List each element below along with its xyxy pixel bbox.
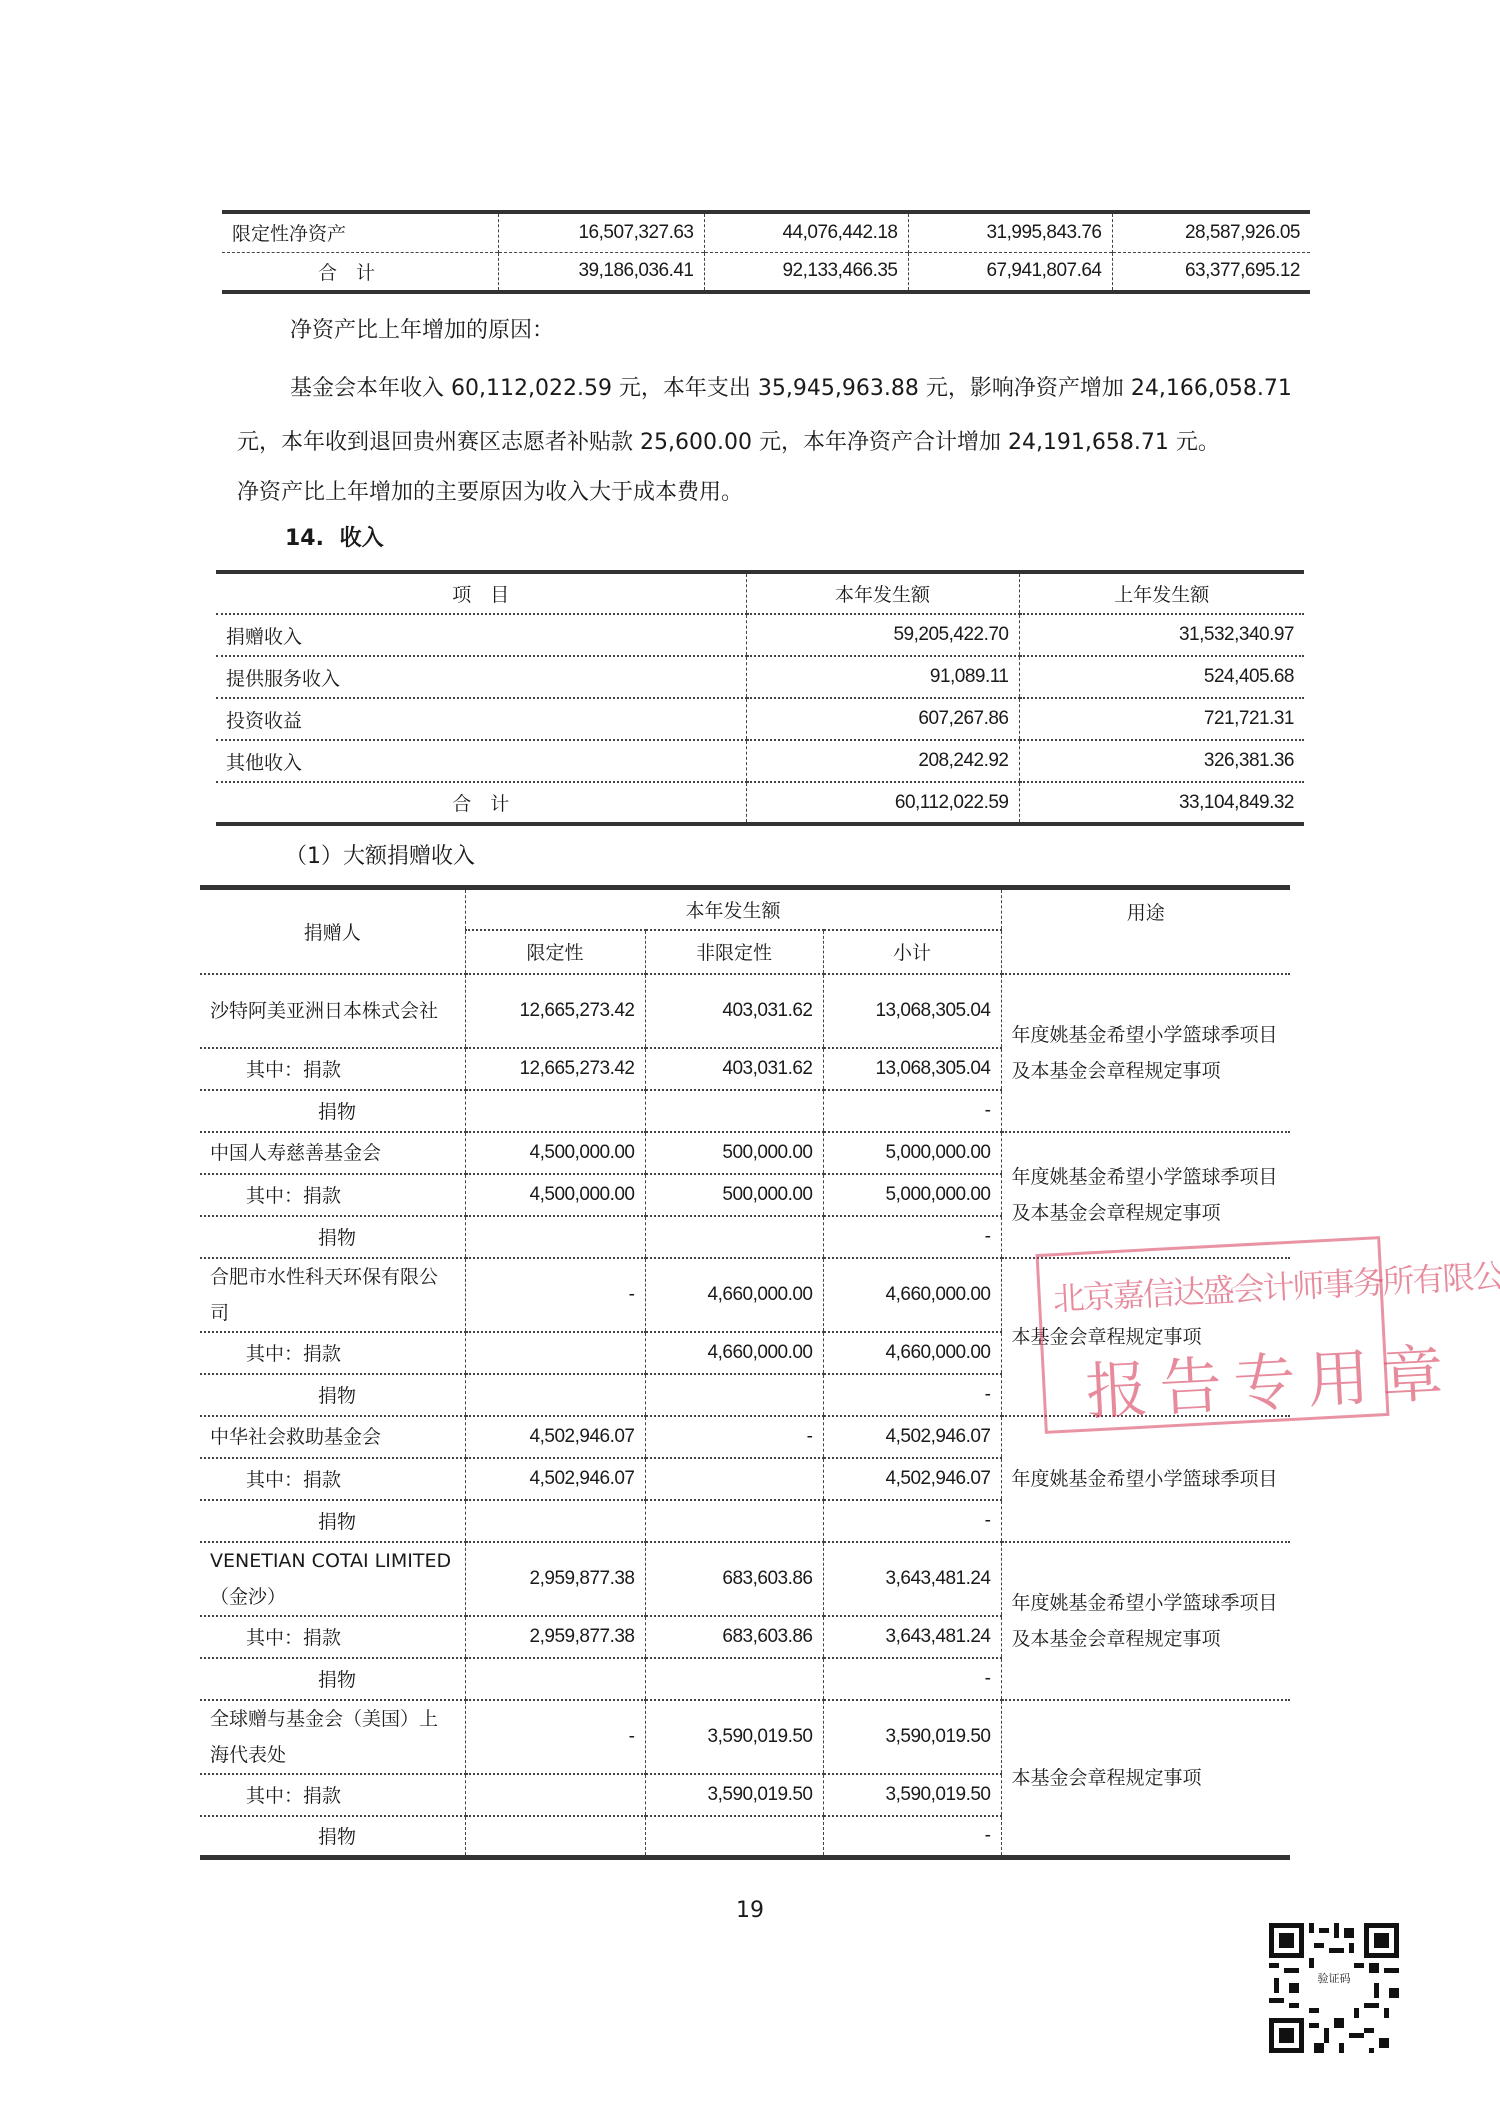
explanation-heading: 净资产比上年增加的原因： [290,316,554,346]
table-row: 限定性净资产 16,507,327.63 44,076,442.18 31,99… [222,212,1310,252]
explanation-line-2: 元，本年收到退回贵州赛区志愿者补贴款 25,600.00 元，本年净资产合计增加… [237,428,1220,458]
cell-subtotal: 3,590,019.50 [823,1774,1001,1816]
cell-previous: 31,532,340.97 [1019,614,1304,656]
donor-name: 中华社会救助基金会 [200,1416,465,1458]
donor-name: 中国人寿慈善基金会 [200,1132,465,1174]
table-row-total: 合 计 60,112,022.59 33,104,849.32 [216,782,1304,824]
sub-label-cash: 其中：捐款 [200,1774,465,1816]
cell-unrestricted: 3,590,019.50 [645,1774,823,1816]
cell-subtotal: 13,068,305.04 [823,974,1001,1048]
cell-unrestricted: 683,603.86 [645,1542,823,1616]
cell-value: 92,133,466.35 [704,252,908,292]
cell-restricted [465,1658,645,1700]
cell-current: 208,242.92 [746,740,1019,782]
cell-unrestricted [645,1374,823,1416]
cell-restricted [465,1500,645,1542]
table-row-total: 合 计 39,186,036.41 92,133,466.35 67,941,8… [222,252,1310,292]
income-table: 项 目 本年发生额 上年发生额 捐赠收入 59,205,422.70 31,53… [216,570,1304,826]
row-label: 其他收入 [216,740,746,782]
cell-value: 44,076,442.18 [704,212,908,252]
cell-value: 67,941,807.64 [908,252,1112,292]
cell-current: 607,267.86 [746,698,1019,740]
cell-value: 63,377,695.12 [1112,252,1310,292]
column-header-donor: 捐赠人 [200,888,465,974]
donor-name: 沙特阿美亚洲日本株式会社 [200,974,465,1048]
explanation-line-3: 净资产比上年增加的主要原因为收入大于成本费用。 [237,478,743,508]
cell-subtotal: - [823,1090,1001,1132]
row-label: 合 计 [216,782,746,824]
cell-restricted [465,1216,645,1258]
sub-label-cash: 其中：捐款 [200,1616,465,1658]
stamp-firm-name: 北京嘉信达盛会计师事务所有限公司 [1052,1249,1500,1320]
row-label: 投资收益 [216,698,746,740]
sub-label-cash: 其中：捐款 [200,1048,465,1090]
cell-usage: 年度姚基金希望小学篮球季项目及本基金会章程规定事项 [1001,974,1290,1132]
cell-restricted: - [465,1258,645,1332]
cell-subtotal: 4,502,946.07 [823,1416,1001,1458]
table-row: 提供服务收入 91,089.11 524,405.68 [216,656,1304,698]
cell-previous: 721,721.31 [1019,698,1304,740]
column-header-current: 本年发生额 [746,572,1019,614]
cell-subtotal: - [823,1374,1001,1416]
cell-subtotal: 5,000,000.00 [823,1132,1001,1174]
cell-restricted [465,1374,645,1416]
cell-unrestricted: 4,660,000.00 [645,1332,823,1374]
cell-subtotal: 13,068,305.04 [823,1048,1001,1090]
sub-label-goods: 捐物 [200,1658,465,1700]
cell-current: 60,112,022.59 [746,782,1019,824]
cell-unrestricted [645,1216,823,1258]
row-label: 提供服务收入 [216,656,746,698]
sub-label-cash: 其中：捐款 [200,1458,465,1500]
section-title: 收入 [340,526,384,551]
sub-label-cash: 其中：捐款 [200,1174,465,1216]
cell-value: 39,186,036.41 [498,252,704,292]
cell-unrestricted: 403,031.62 [645,974,823,1048]
cell-subtotal: 4,660,000.00 [823,1258,1001,1332]
cell-unrestricted [645,1458,823,1500]
cell-previous: 524,405.68 [1019,656,1304,698]
cell-restricted: 12,665,273.42 [465,974,645,1048]
cell-previous: 33,104,849.32 [1019,782,1304,824]
cell-subtotal: 3,643,481.24 [823,1542,1001,1616]
cell-unrestricted: 4,660,000.00 [645,1258,823,1332]
section-number: 14. [285,526,324,551]
column-header-usage: 用途 [1001,888,1290,974]
cell-value: 16,507,327.63 [498,212,704,252]
column-header-restricted: 限定性 [465,930,645,974]
section-heading: 14. 收入 [285,524,384,554]
cell-subtotal: 3,643,481.24 [823,1616,1001,1658]
cell-value: 31,995,843.76 [908,212,1112,252]
table-header-row: 捐赠人 本年发生额 用途 [200,888,1290,930]
subsection-heading: （1）大额捐赠收入 [285,842,475,872]
donor-name: 全球赠与基金会（美国）上海代表处 [200,1700,465,1774]
column-header-unrestricted: 非限定性 [645,930,823,974]
cell-restricted: 4,502,946.07 [465,1458,645,1500]
cell-unrestricted: 683,603.86 [645,1616,823,1658]
cell-usage: 年度姚基金希望小学篮球季项目及本基金会章程规定事项 [1001,1542,1290,1700]
table-header-row: 项 目 本年发生额 上年发生额 [216,572,1304,614]
sub-label-cash: 其中：捐款 [200,1332,465,1374]
cell-unrestricted [645,1090,823,1132]
cell-restricted: 2,959,877.38 [465,1616,645,1658]
cell-unrestricted [645,1816,823,1858]
sub-label-goods: 捐物 [200,1090,465,1132]
cell-usage: 年度姚基金希望小学篮球季项目及本基金会章程规定事项 [1001,1132,1290,1258]
cell-restricted: 4,500,000.00 [465,1174,645,1216]
cell-restricted: 2,959,877.38 [465,1542,645,1616]
donor-row: 中国人寿慈善基金会 4,500,000.00 500,000.00 5,000,… [200,1132,1290,1174]
donor-row: VENETIAN COTAI LIMITED（金沙） 2,959,877.38 … [200,1542,1290,1616]
cell-restricted: 12,665,273.42 [465,1048,645,1090]
cell-unrestricted: 500,000.00 [645,1174,823,1216]
sub-label-goods: 捐物 [200,1500,465,1542]
cell-restricted [465,1090,645,1132]
sub-label-goods: 捐物 [200,1816,465,1858]
cell-usage: 年度姚基金希望小学篮球季项目 [1001,1416,1290,1542]
cell-subtotal: - [823,1658,1001,1700]
cell-current: 91,089.11 [746,656,1019,698]
column-header-current-year: 本年发生额 [465,888,1001,930]
cell-unrestricted: - [645,1416,823,1458]
cell-usage: 本基金会章程规定事项 [1001,1700,1290,1858]
row-label: 限定性净资产 [222,212,498,252]
explanation-line-1: 基金会本年收入 60,112,022.59 元，本年支出 35,945,963.… [290,374,1292,404]
cell-restricted [465,1816,645,1858]
cell-subtotal: 5,000,000.00 [823,1174,1001,1216]
cell-subtotal: 4,502,946.07 [823,1458,1001,1500]
qr-pattern [1264,1918,1404,2058]
cell-restricted: 4,502,946.07 [465,1416,645,1458]
column-header-item: 项 目 [216,572,746,614]
cell-subtotal: 3,590,019.50 [823,1700,1001,1774]
sub-label-goods: 捐物 [200,1374,465,1416]
cell-value: 28,587,926.05 [1112,212,1310,252]
cell-unrestricted: 500,000.00 [645,1132,823,1174]
qr-code-icon: 验证码 [1264,1918,1404,2058]
cell-unrestricted: 3,590,019.50 [645,1700,823,1774]
sub-label-goods: 捐物 [200,1216,465,1258]
donor-name: VENETIAN COTAI LIMITED（金沙） [200,1542,465,1616]
cell-restricted [465,1774,645,1816]
donor-name: 合肥市水性科天环保有限公司 [200,1258,465,1332]
qr-center-label: 验证码 [1312,1972,1356,1986]
table-row: 捐赠收入 59,205,422.70 31,532,340.97 [216,614,1304,656]
cell-unrestricted: 403,031.62 [645,1048,823,1090]
table-row: 投资收益 607,267.86 721,721.31 [216,698,1304,740]
auditor-seal-stamp: 北京嘉信达盛会计师事务所有限公司 报告专用章 [1036,1236,1390,1434]
stamp-label: 报告专用章 [1083,1323,1457,1431]
net-assets-table: 限定性净资产 16,507,327.63 44,076,442.18 31,99… [222,210,1310,294]
cell-unrestricted [645,1500,823,1542]
cell-restricted: 4,500,000.00 [465,1132,645,1174]
cell-subtotal: - [823,1500,1001,1542]
column-header-previous: 上年发生额 [1019,572,1304,614]
row-label: 合 计 [222,252,498,292]
cell-current: 59,205,422.70 [746,614,1019,656]
cell-unrestricted [645,1658,823,1700]
cell-subtotal: - [823,1216,1001,1258]
table-row: 其他收入 208,242.92 326,381.36 [216,740,1304,782]
cell-restricted [465,1332,645,1374]
donor-row: 沙特阿美亚洲日本株式会社 12,665,273.42 403,031.62 13… [200,974,1290,1048]
cell-subtotal: - [823,1816,1001,1858]
donor-row: 全球赠与基金会（美国）上海代表处 - 3,590,019.50 3,590,01… [200,1700,1290,1774]
row-label: 捐赠收入 [216,614,746,656]
cell-restricted: - [465,1700,645,1774]
cell-subtotal: 4,660,000.00 [823,1332,1001,1374]
column-header-subtotal: 小计 [823,930,1001,974]
cell-previous: 326,381.36 [1019,740,1304,782]
